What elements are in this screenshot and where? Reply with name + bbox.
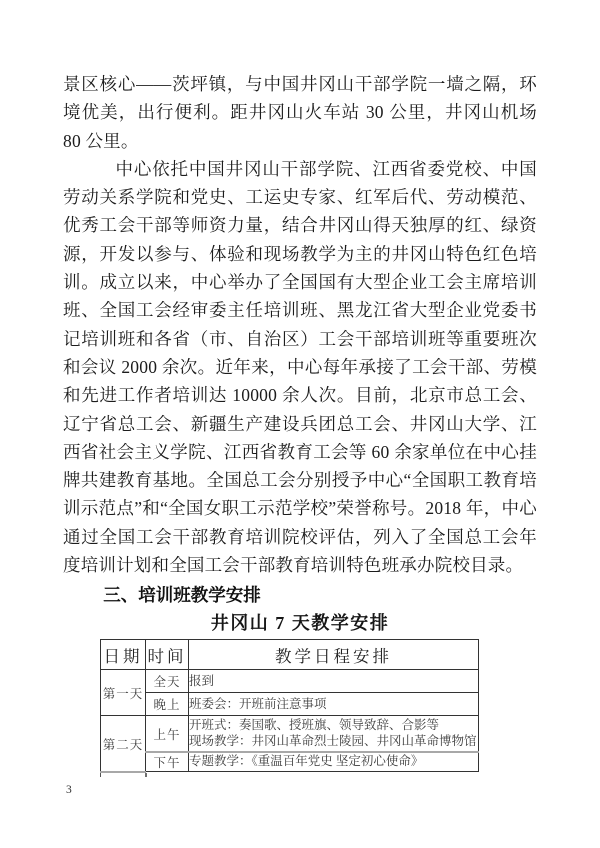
schedule-cell: 报到	[189, 670, 479, 693]
schedule-table: 日期 时间 教学日程安排 第一天 全天 报到 晚上 班委会：开班前注意事项	[100, 639, 479, 773]
table-title: 井冈山 7 天教学安排	[63, 610, 537, 637]
table-header-row: 日期 时间 教学日程安排	[101, 640, 479, 670]
header-time: 时间	[146, 640, 189, 670]
table-row: 第一天 全天 报到	[101, 670, 479, 693]
paragraph-continuation: 景区核心——茨坪镇，与中国井冈山干部学院一墙之隔，环境优美，出行便利。距井冈山火…	[63, 70, 537, 155]
section-heading: 三、培训班教学安排	[63, 581, 537, 609]
page-number: 3	[66, 784, 72, 796]
header-schedule: 教学日程安排	[189, 640, 479, 670]
time-cell: 全天	[146, 670, 189, 693]
day-2-cell: 第二天	[101, 716, 146, 772]
table-row: 晚上 班委会：开班前注意事项	[101, 693, 479, 716]
schedule-cell: 班委会：开班前注意事项	[189, 693, 479, 716]
time-cell: 晚上	[146, 693, 189, 716]
page-break-border-stub	[100, 773, 101, 777]
schedule-cell: 开班式：奏国歌、授班旗、领导致辞、合影等 现场教学：井冈山革命烈士陵园、井冈山革…	[189, 716, 479, 752]
document-page: 景区核心——茨坪镇，与中国井冈山干部学院一墙之隔，环境优美，出行便利。距井冈山火…	[0, 0, 600, 848]
page-break-border-stub	[145, 773, 147, 777]
day-1-cell: 第一天	[101, 670, 146, 716]
schedule-cell: 专题教学：《重温百年党史 坚定初心使命》	[189, 752, 479, 772]
paragraph-center-intro: 中心依托中国井冈山干部学院、江西省委党校、中国劳动关系学院和党史、工运史专家、红…	[63, 155, 537, 579]
time-cell: 下午	[146, 752, 189, 772]
page-content: 景区核心——茨坪镇，与中国井冈山干部学院一墙之隔，环境优美，出行便利。距井冈山火…	[63, 70, 537, 773]
schedule-table-wrap: 日期 时间 教学日程安排 第一天 全天 报到 晚上 班委会：开班前注意事项	[100, 639, 478, 773]
header-date: 日期	[101, 640, 146, 670]
time-cell: 上午	[146, 716, 189, 752]
table-row: 第二天 上午 开班式：奏国歌、授班旗、领导致辞、合影等 现场教学：井冈山革命烈士…	[101, 716, 479, 752]
table-row: 下午 专题教学：《重温百年党史 坚定初心使命》	[101, 752, 479, 772]
